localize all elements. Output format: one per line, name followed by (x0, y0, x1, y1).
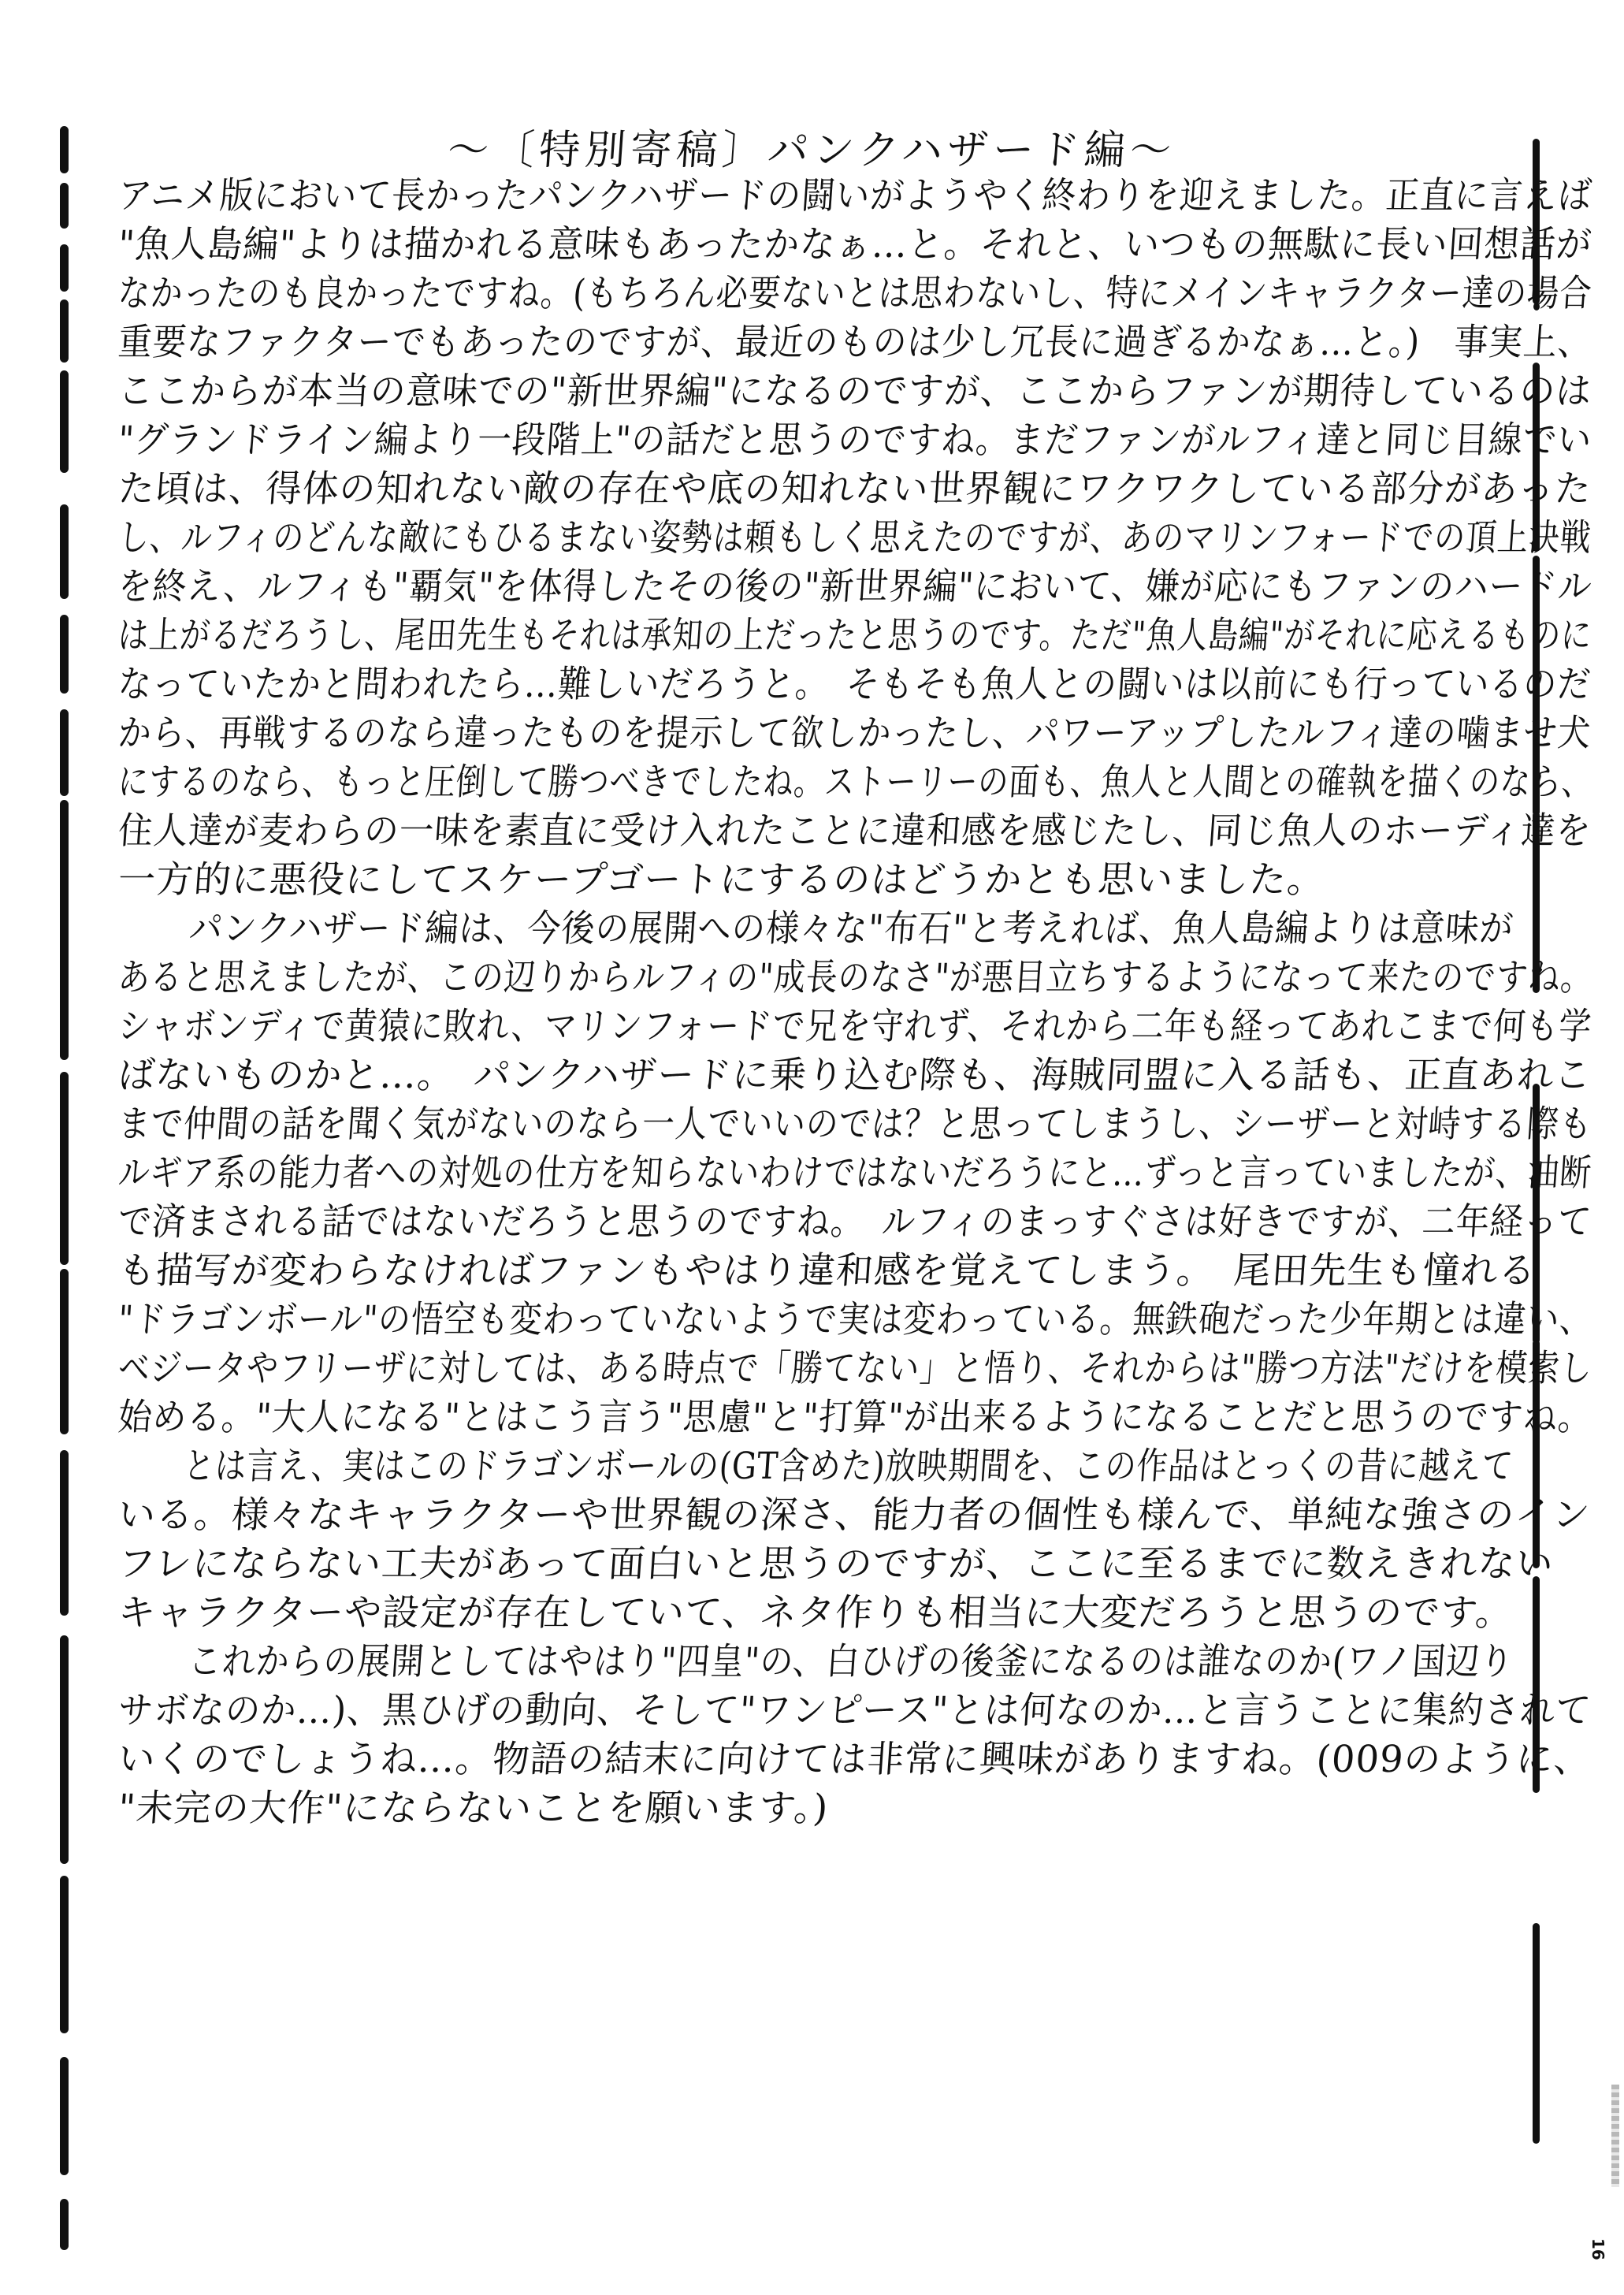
text-line: 一方的に悪役にしてスケープゴートにするのはどうかとも思いました。 (117, 856, 1585, 905)
text-line: ベジータやフリーザに対しては、ある時点で「勝てない」と悟り、それからは"勝つ方法… (117, 1345, 1364, 1393)
left-margin-bar (60, 299, 69, 363)
page-title: ～〔特別寄稿〕パンクハザード編～ (0, 117, 1624, 176)
text-line: ばないものかと…。 パンクハザードに乗り込む際も、海賊同盟に入る話も、正直あれこ (117, 1051, 1568, 1100)
left-margin-bar (60, 183, 69, 229)
left-margin-bar (60, 800, 69, 1060)
paragraph-start-line: これからの展開としてはやはり"四皇"の、白ひげの後釜になるのは誰なのか(ワノ国辺… (117, 1638, 1427, 1687)
essay-body: アニメ版において長かったパンクハザードの闘いがようやく終わりを迎えました。正直に… (118, 172, 1584, 1833)
left-margin-bar (60, 244, 69, 292)
page-number: 16 (1589, 2238, 1607, 2260)
left-margin-bar (60, 2199, 69, 2250)
left-margin-bar (60, 1072, 69, 1265)
left-margin-bar (60, 615, 69, 694)
paragraph-start-line: パンクハザード編は、今後の展開への様々な"布石"と考えれば、魚人島編よりは意味が (117, 905, 1440, 954)
text-line: 重要なファクターでもあったのですが、最近のものは少し冗長に過ぎるかなぁ…と。) … (117, 318, 1452, 367)
text-line: た頃は、得体の知れない敵の存在や底の知れない世界観にワクワクしている部分があった (117, 465, 1548, 514)
left-margin-bar (60, 1450, 69, 1616)
text-line: まで仲間の話を聞く気がないのなら一人でいいのでは？と思ってしまうし、シーザーと対… (117, 1100, 1389, 1149)
text-line: 始める。"大人になる"とはこう言う"思慮"と"打算"が出来るようになることだと思… (117, 1393, 1454, 1442)
text-line: 住人達が麦わらの一味を素直に受け入れたことに違和感を感じたし、同じ魚人のホーディ… (117, 807, 1481, 856)
scan-edge-mark (1611, 2085, 1619, 2187)
left-margin-bar (60, 1876, 69, 2033)
text-line: し、ルフィのどんな敵にもひるまない姿勢は頼もしく思えたのですが、あのマリンフォー… (117, 514, 1338, 563)
left-margin-bar (60, 709, 69, 796)
text-line: なっていたかと問われたら…難しいだろうと。 そもそも魚人との闘いは以前にも行って… (117, 660, 1432, 709)
text-line: にするのなら、もっと圧倒して勝つべきでしたね。ストーリーの面も、魚人と人間との確… (117, 758, 1310, 807)
left-margin-bar (60, 1635, 69, 1864)
left-margin-bar (60, 1269, 69, 1434)
text-line: フレにならない工夫があって面白いと思うのですが、ここに至るまでに数えきれない (117, 1540, 1585, 1589)
left-margin-bar (60, 2057, 69, 2175)
text-line: キャラクターや設定が存在していて、ネタ作りも相当に大変だろうと思うのです。 (117, 1589, 1585, 1638)
text-line: で済まされる話ではないだろうと思うのですね。 ルフィのまっすぐさは好きですが、二… (117, 1198, 1435, 1247)
text-line: あると思えましたが、この辺りからルフィの"成長のなさ"が悪目立ちするようになって… (117, 954, 1366, 1002)
text-line: も描写が変わらなければファンもやはり違和感を覚えてしまう。 尾田先生も憧れる (117, 1247, 1585, 1296)
text-line: ここからが本当の意味での"新世界編"になるのですが、ここからファンが期待している… (117, 367, 1515, 416)
text-line: "ドラゴンボール"の悟空も変わっていないようで実は変わっている。無鉄砲だった少年… (117, 1296, 1392, 1345)
text-line: いくのでしょうね…。物語の結末に向けては非常に興味がありますね。(009のように… (117, 1735, 1571, 1784)
paragraph-start-line: とは言え、実はこのドラゴンボールの(GT含めた)放映期間を、この作品はとっくの昔… (117, 1442, 1338, 1491)
text-line: "魚人島編"よりは描かれる意味もあったかなぁ…と。それと、いつもの無駄に長い回想… (117, 221, 1515, 270)
text-line: サボなのか…)、黒ひげの動向、そして"ワンピース"とは何なのか…と言うことに集約… (117, 1687, 1503, 1735)
scanned-page: ～〔特別寄稿〕パンクハザード編～ アニメ版において長かったパンクハザードの闘いが… (0, 0, 1624, 2295)
text-line: "グランドライン編より一段階上"の話だと思うのですね。まだファンがルフィ達と同じ… (117, 416, 1454, 465)
text-line: を終え、ルフィも"覇気"を体得したその後の"新世界編"において、嫌が応にもファン… (117, 563, 1454, 612)
text-line: アニメ版において長かったパンクハザードの闘いがようやく終わりを迎えました。正直に… (117, 172, 1452, 221)
right-margin-bar (1533, 1923, 1540, 2144)
text-line: いる。様々なキャラクターや世界観の深さ、能力者の個性も様んで、単純な強さのイン (117, 1491, 1585, 1540)
text-line: なかったのも良かったですね。(もちろん必要ないとは思わないし、特にメインキャラク… (117, 270, 1379, 318)
left-margin-bar (60, 504, 69, 599)
text-line: は上がるだろうし、尾田先生もそれは承知の上だったと思うのです。ただ"魚人島編"が… (117, 612, 1313, 660)
left-margin-bar (60, 126, 69, 173)
text-line: シャボンディで黄猿に敗れ、マリンフォードで兄を守れず、それから二年も経ってあれこ… (117, 1002, 1394, 1051)
text-line: から、再戦するのなら違ったものを提示して欲しかったし、パワーアップしたルフィ達の… (117, 709, 1423, 758)
text-line: "未完の大作"にならないことを願います。) (117, 1784, 1585, 1833)
left-margin-bar (60, 370, 69, 473)
text-line: ルギア系の能力者への対処の仕方を知らないわけではないだろうにと…ずっと言っていま… (117, 1149, 1363, 1198)
